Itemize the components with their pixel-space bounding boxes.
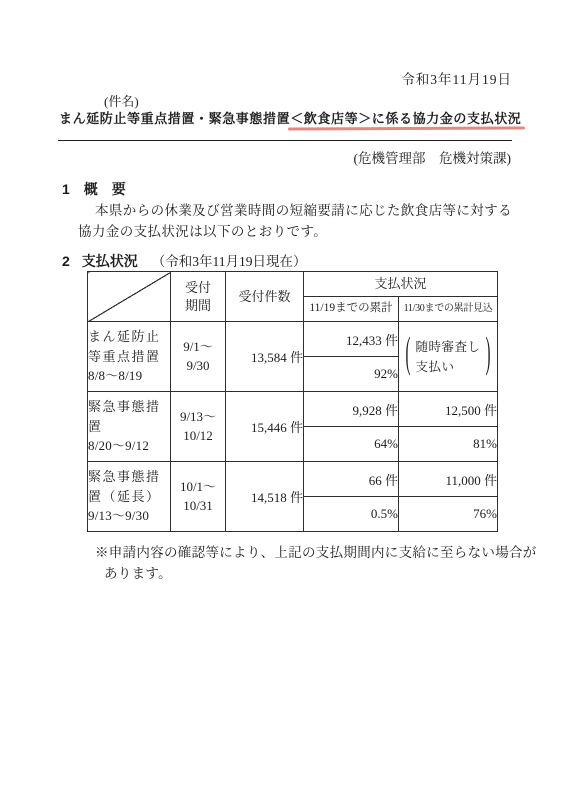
note-line1: 随時審査し [416,337,481,357]
section2-heading: 2 支払状況 （令和3年11月19日現在） [62,250,307,271]
row1-forecast-note-cell: ( 随時審査し 支払い ) [399,322,498,392]
row1-period-cell: 9/1～ 9/30 [171,322,226,392]
row3-forecast-pct-cell: 76% [399,497,498,532]
section1-heading: 1 概 要 [62,179,126,199]
header-period: 受付 期間 [171,272,226,322]
row3-label-line1: 緊急事態措 [88,467,170,487]
row1-paid-pct-cell: 92% [304,357,399,392]
row2-paid-count-cell: 9,928 件 [304,392,399,427]
section2-suffix: （令和3年11月19日現在） [152,250,307,270]
document-page: 令和3年11月19日 (件名) まん延防止等重点措置・緊急事態措置＜飲食店等＞に… [0,0,565,800]
row3-paid-pct-cell: 0.5% [304,497,399,532]
row3-count-cell: 14,518 件 [226,462,304,532]
footnote-line2: あります。 [104,562,172,582]
title-plain-part: まん延防止等重点措置・緊急事態措置 [59,111,290,126]
row1-label-line1: まん延防止 [88,327,170,347]
section1-body-line1: 本県からの休業及び営業時間の短縮要請に応じた飲食店等に対する [95,199,512,219]
row3-label-line3: 9/13～9/30 [88,506,170,526]
row2-paid-pct-cell: 64% [304,427,399,462]
title-underlined-part: ＜飲食店等＞に係る協力金の支払状況 [290,111,521,126]
header-sub-forecast: 11/30までの累計見込 [399,297,498,322]
open-paren: ( [406,335,411,379]
row3-label-line2: 置（延長） [88,487,170,507]
horizontal-rule [58,140,512,141]
close-paren: ) [486,335,491,379]
section1-body-line2: 協力金の支払状況は以下のとおりです。 [78,220,327,240]
table-row-2-top: 緊急事態措 置 8/20～9/12 9/13～ 10/12 15,446 件 9… [88,392,498,427]
section1-number: 1 [62,181,70,197]
section1-title: 概 要 [84,179,126,199]
document-date: 令和3年11月19日 [401,68,512,88]
table-row-3-top: 緊急事態措 置（延長） 9/13～9/30 10/1～ 10/31 14,518… [88,462,498,497]
row2-label-line2: 置 [88,417,170,437]
row3-period-cell: 10/1～ 10/31 [171,462,226,532]
row1-paid-count-cell: 12,433 件 [304,322,399,357]
header-sub-cumulative: 11/19までの累計 [304,297,399,322]
row3-forecast-count-cell: 11,000 件 [399,462,498,497]
diagonal-header-cell [88,272,171,322]
row3-label-cell: 緊急事態措 置（延長） 9/13～9/30 [88,462,171,532]
row2-forecast-pct-cell: 81% [399,427,498,462]
section2-title: 支払状況 [82,251,138,271]
footnote-line1: ※申請内容の確認等により、上記の支払期間内に支給に至らない場合が [95,541,537,561]
row2-label-cell: 緊急事態措 置 8/20～9/12 [88,392,171,462]
row3-paid-count-cell: 66 件 [304,462,399,497]
row2-label-line3: 8/20～9/12 [88,436,170,456]
row1-label-line2: 等重点措置 [88,347,170,367]
document-title: まん延防止等重点措置・緊急事態措置＜飲食店等＞に係る協力金の支払状況 [59,108,529,127]
department-line: (危機管理部 危機対策課) [354,147,512,167]
header-payment-status: 支払状況 [304,272,498,297]
table-row-1-top: まん延防止 等重点措置 8/8～8/19 9/1～ 9/30 13,584 件 … [88,322,498,357]
note-line2: 支払い [416,357,481,377]
row2-label-line1: 緊急事態措 [88,397,170,417]
section2-number: 2 [62,253,70,269]
row2-count-cell: 15,446 件 [226,392,304,462]
row1-label-line3: 8/8～8/19 [88,366,170,386]
header-count: 受付件数 [226,272,304,322]
row1-label-cell: まん延防止 等重点措置 8/8～8/19 [88,322,171,392]
header-row-1: 受付 期間 受付件数 支払状況 [88,272,498,297]
row1-count-cell: 13,584 件 [226,322,304,392]
row2-period-cell: 9/13～ 10/12 [171,392,226,462]
payment-status-table: 受付 期間 受付件数 支払状況 11/19までの累計 11/30までの累計見込 … [87,271,498,532]
row2-forecast-count-cell: 12,500 件 [399,392,498,427]
